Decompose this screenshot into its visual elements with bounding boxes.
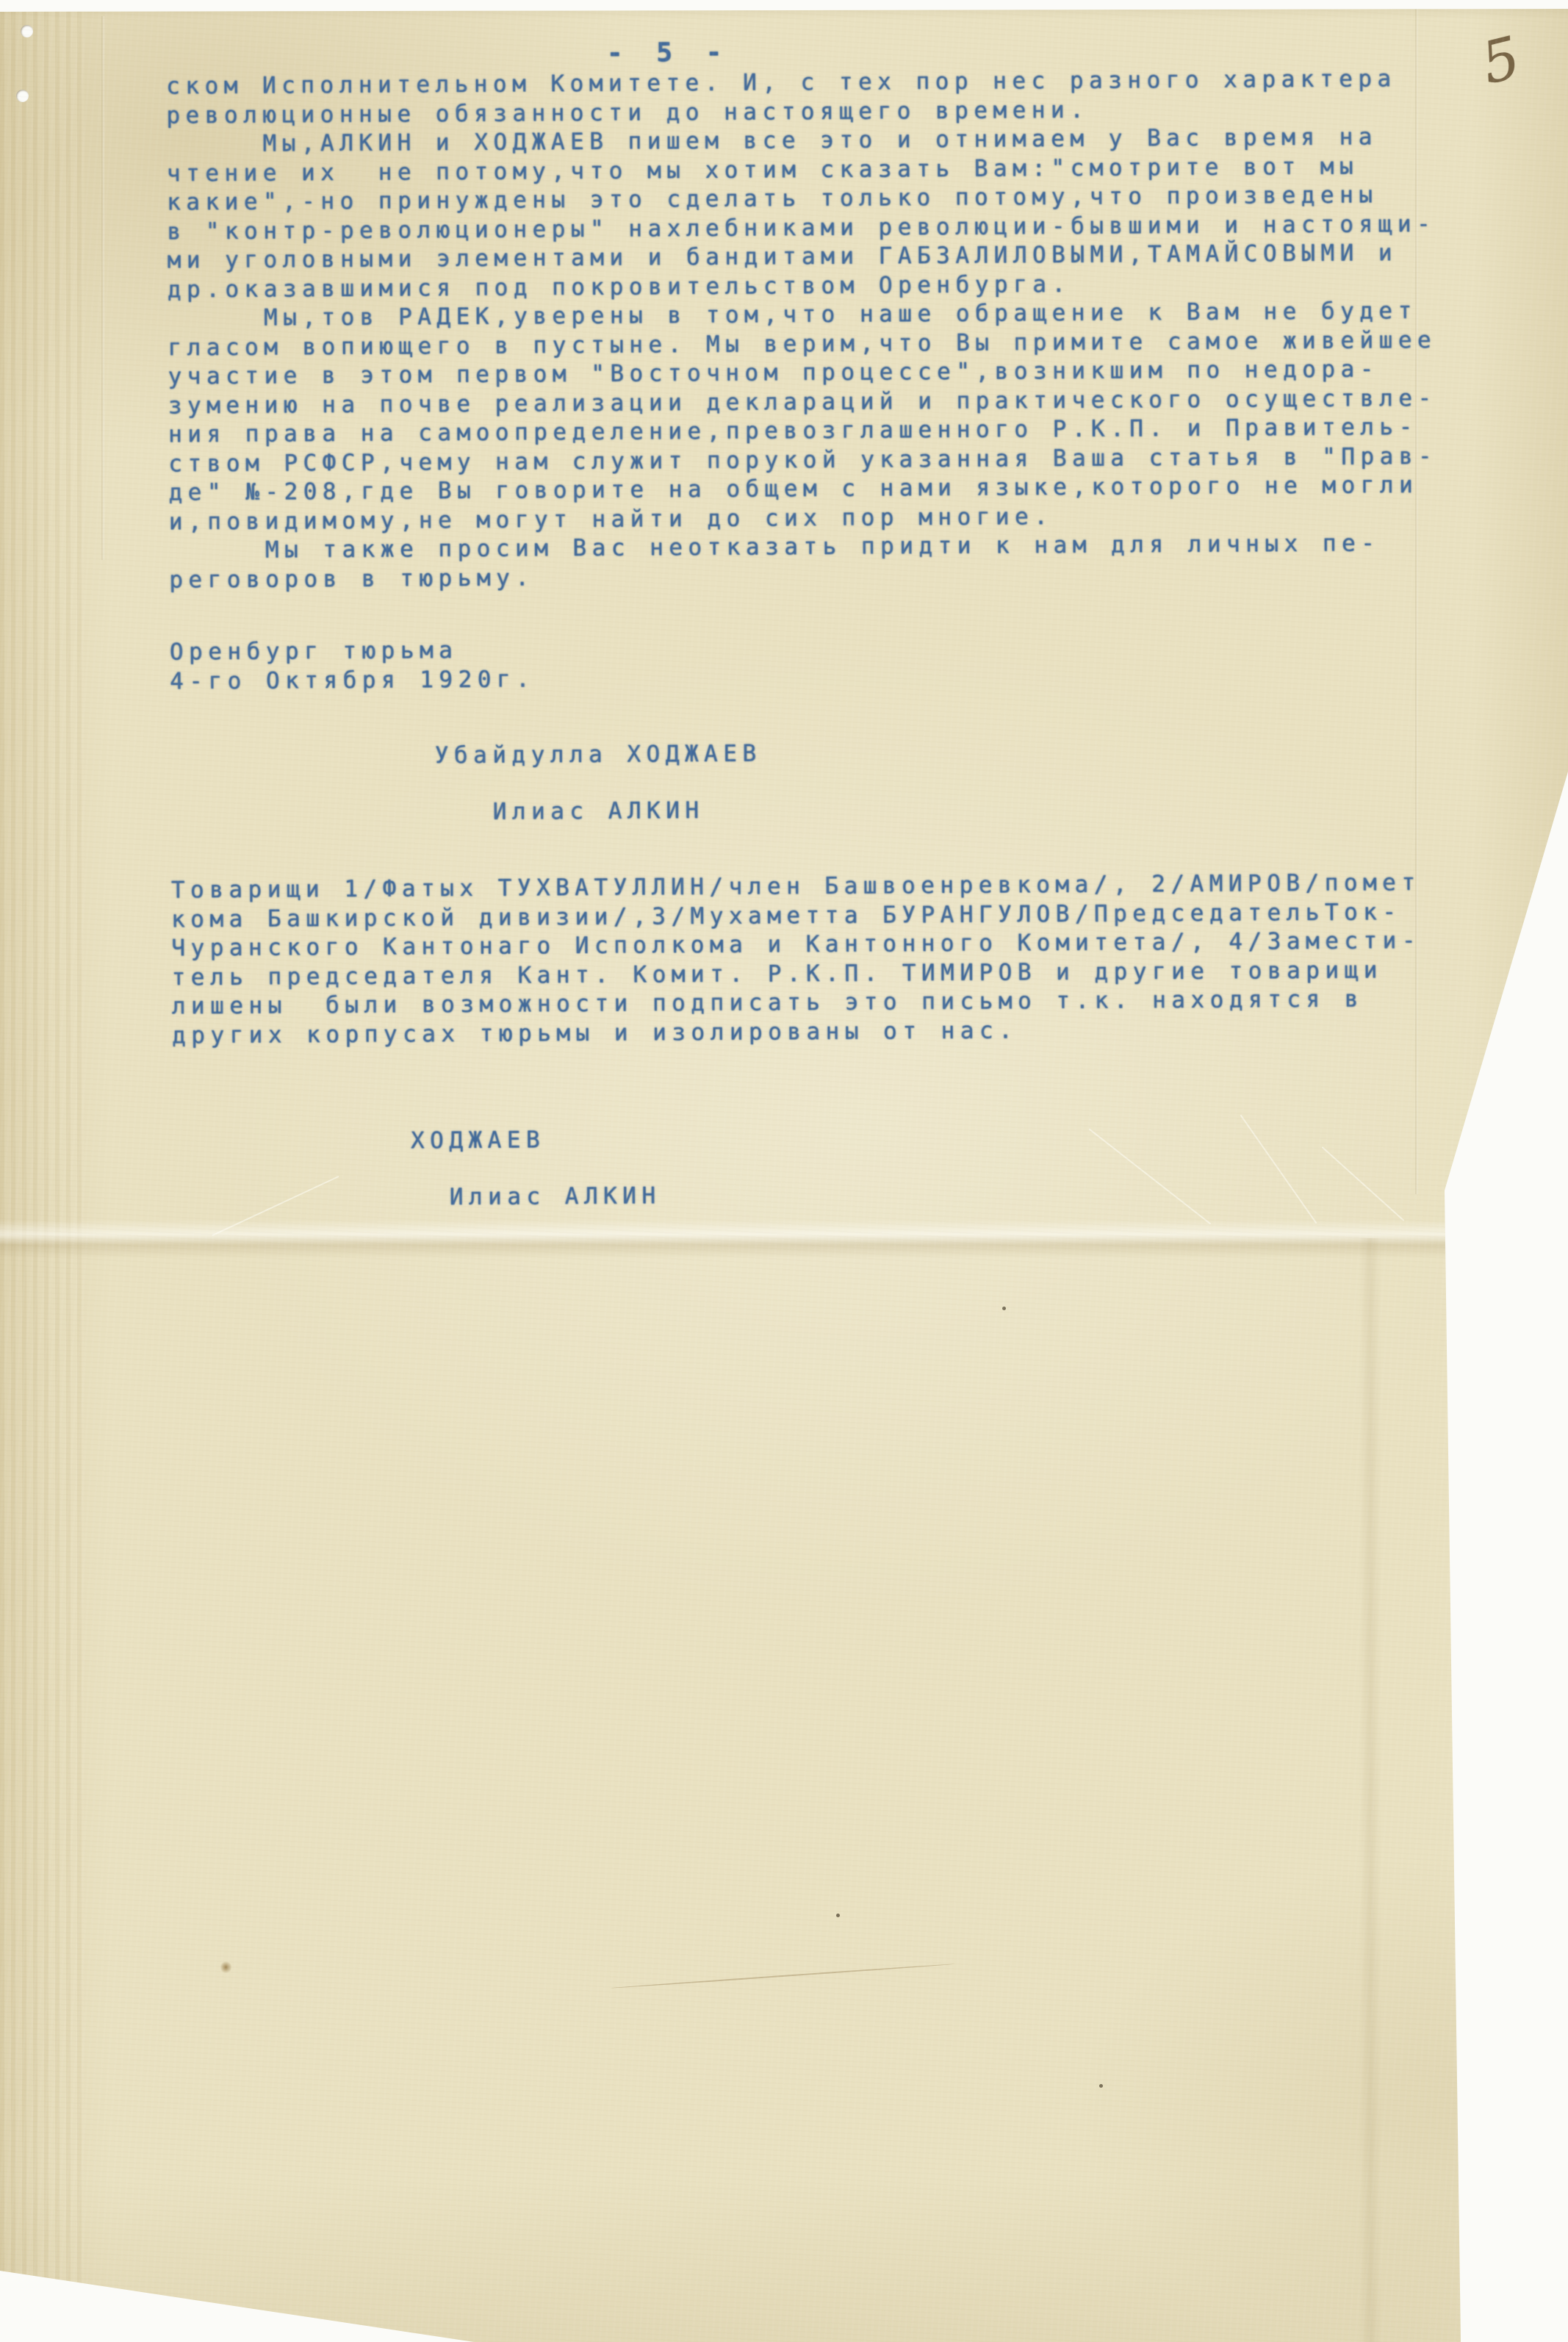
postscript-block: Товарищи 1/Фатых ТУХВАТУЛЛИН/член Башвое… [171,869,1422,1050]
text-line: Убайдулла ХОДЖАЕВ [434,726,761,785]
text-line: 4-го Октября 1920г. [170,665,535,697]
signature-block-first: Убайдулла ХОДЖАЕВ Илиас АЛКИН [434,726,762,841]
scanned-page: - 5 - ском Исполнительном Комитете. И, с… [0,0,1568,2342]
letter-body: ском Исполнительном Комитете. И, с тех п… [166,65,1438,595]
text-line: Илиас АЛКИН [411,1168,661,1226]
date-place-block: Оренбург тюрьма4-го Октября 1920г. [170,636,536,696]
page-number-typed: - 5 - [607,38,731,68]
signature-block-second: ХОДЖАЕВ Илиас АЛКИН [411,1111,661,1226]
text-line: Оренбург тюрьма [170,636,535,667]
text-line: ХОДЖАЕВ [411,1111,661,1169]
paper-sheet: - 5 - ском Исполнительном Комитете. И, с… [0,0,1568,2342]
text-line: Илиас АЛКИН [435,783,762,841]
typed-text-layer: - 5 - ском Исполнительном Комитете. И, с… [0,0,1568,2342]
